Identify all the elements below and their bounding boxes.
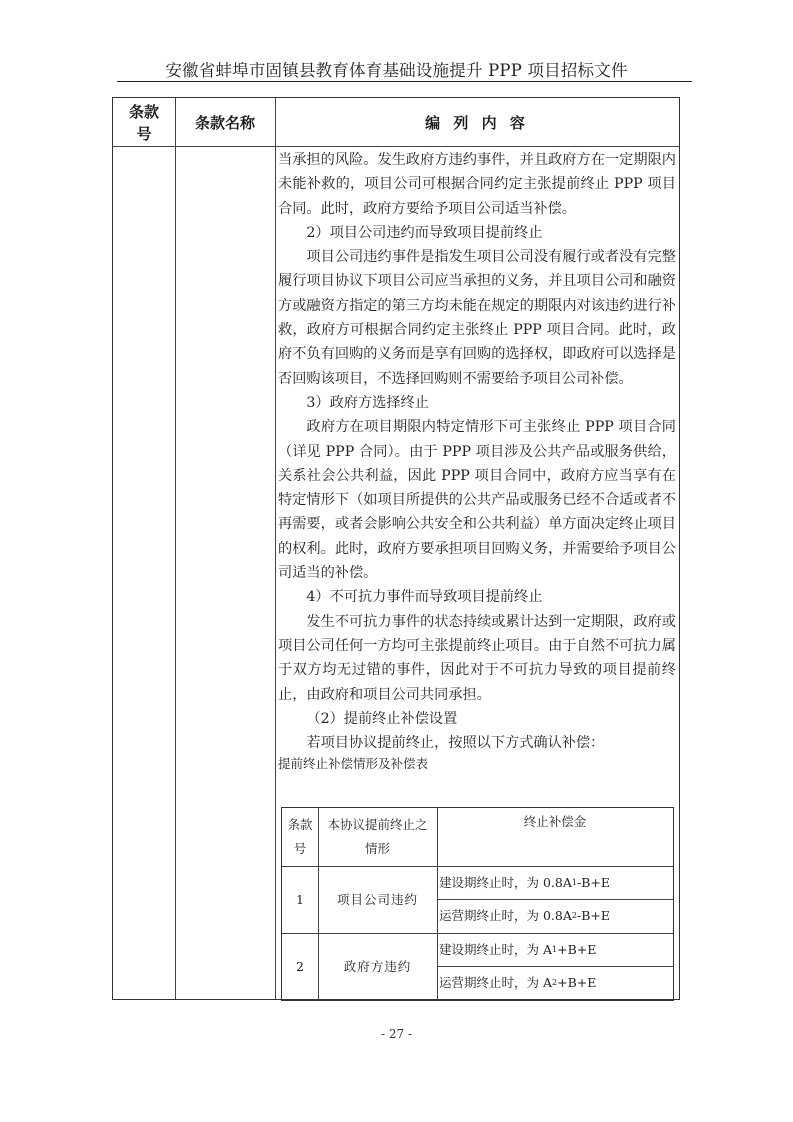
amount-text: 建设期终止时，为 0.8A [439,871,572,895]
amount-text: +B+E [557,971,596,995]
amount-text: 运营期终止时，为 0.8A [439,904,572,928]
row-amount: 建设期终止时，为 0.8A1-B+E [437,866,673,899]
nested-table-caption: 提前终止补偿情形及补偿表 [278,755,676,773]
paragraph: 当承担的风险。发生政府方违约事件，并且政府方在一定期限内未能补救的，项目公司可根… [278,148,676,221]
paragraph: 发生不可抗力事件的状态持续或累计达到一定期限，政府或项目公司任何一方均可主张提前… [278,610,676,707]
nested-header-amount: 终止补偿金 [437,810,673,834]
row-amount: 建设期终止时，为 A1+B+E [437,933,673,966]
nested-header-clause-no: 条款 号 [282,808,318,866]
clause-table: 条款 号 条款名称 编 列 内 容 当承担的风险。发生政府方违约事件，并且政府方… [112,97,680,1000]
row-amount: 运营期终止时，为 A2+B+E [437,966,673,1000]
section-heading: （2）提前终止补偿设置 [278,707,676,731]
compensation-table: 条款 号 本协议提前终止之 情形 终止补偿金 1 项目公司违约 建设期终止时，为… [281,807,674,1001]
page-number: - 27 - [0,1027,793,1041]
subheading: 4）不可抗力事件而导致项目提前终止 [278,585,676,609]
header-clause-name: 条款名称 [175,98,275,147]
header-clause-no-line1: 条款 [129,101,159,123]
nested-header-line: 号 [287,837,312,861]
header-clause-no-line2: 号 [129,123,159,145]
content-cell: 当承担的风险。发生政府方违约事件，并且政府方在一定期限内未能补救的，项目公司可根… [278,148,676,773]
document-header-title: 安徽省蚌埠市固镇县教育体育基础设施提升 PPP 项目招标文件 [0,57,793,81]
subheading: 2）项目公司违约而导致项目提前终止 [278,221,676,245]
amount-text: +B+E [557,938,596,962]
row-case: 项目公司违约 [318,866,437,933]
paragraph: 项目公司违约事件是指发生项目公司没有履行或者没有完整履行项目协议下项目公司应当承… [278,245,676,391]
row-case: 政府方违约 [318,933,437,1000]
header-clause-no: 条款 号 [113,98,175,147]
nested-header-line: 条款 [287,813,312,837]
amount-text: 建设期终止时，为 A [439,938,552,962]
column-divider [175,98,176,999]
subheading: 3）政府方选择终止 [278,391,676,415]
paragraph: 政府方在项目期限内特定情形下可主张终止 PPP 项目合同（详见 PPP 合同）。… [278,415,676,585]
header-divider [117,81,692,82]
nested-header-case: 本协议提前终止之 情形 [318,808,437,866]
nested-header-line: 情形 [327,837,427,861]
row-clause-no: 2 [282,933,318,1000]
paragraph: 若项目协议提前终止，按照以下方式确认补偿： [278,731,676,755]
amount-text: -B+E [577,904,610,928]
row-amount: 运营期终止时，为 0.8A2-B+E [437,899,673,933]
column-divider [275,98,276,999]
header-content: 编 列 内 容 [275,98,679,147]
amount-text: 运营期终止时，为 A [439,971,552,995]
amount-text: -B+E [577,871,610,895]
row-clause-no: 1 [282,866,318,933]
nested-header-line: 本协议提前终止之 [327,813,427,837]
